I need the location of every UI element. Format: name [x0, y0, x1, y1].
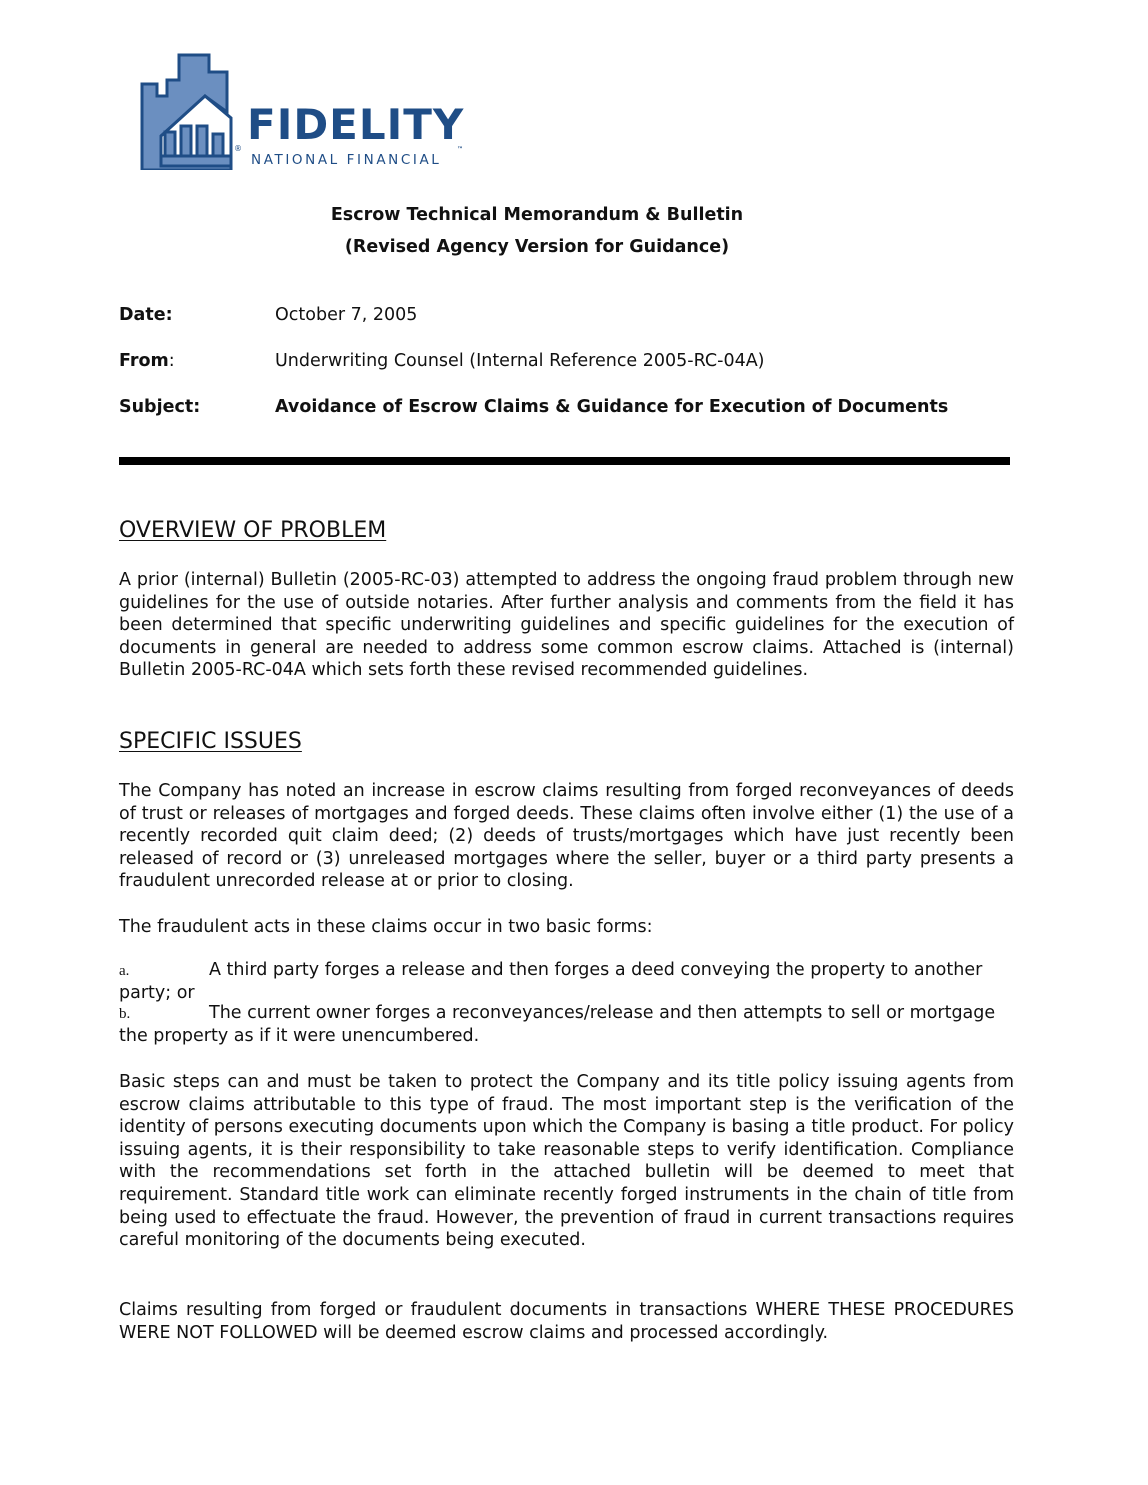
section-heading-specific-issues: SPECIFIC ISSUES [119, 731, 302, 753]
subject-label: Subject: [119, 399, 200, 417]
issues-paragraph-4: Claims resulting from forged or fraudule… [119, 1299, 1014, 1344]
issues-paragraph-1: The Company has noted an increase in esc… [119, 780, 1014, 893]
registered-mark: ® [234, 144, 242, 153]
from-label-text: From [119, 351, 169, 371]
list-marker: a. [119, 961, 209, 983]
list-item-text: The current owner forges a reconveyances… [119, 1003, 995, 1046]
section-heading-overview: OVERVIEW OF PROBLEM [119, 520, 386, 542]
list-item: a.A third party forges a release and the… [119, 960, 1014, 1004]
logo-brand-name: FIDELITY [247, 104, 464, 146]
date-value: October 7, 2005 [275, 307, 417, 325]
company-logo: ® FIDELITY NATIONAL FINANCIAL ™ [139, 52, 469, 170]
date-label: Date: [119, 307, 173, 325]
from-label-colon: : [169, 351, 175, 371]
issues-paragraph-3: Basic steps can and must be taken to pro… [119, 1071, 1014, 1252]
logo-subtitle: NATIONAL FINANCIAL [251, 154, 441, 168]
overview-paragraph: A prior (internal) Bulletin (2005-RC-03)… [119, 569, 1014, 682]
list-item-text: A third party forges a release and then … [119, 960, 982, 1003]
document-title: Escrow Technical Memorandum & Bulletin [0, 207, 1074, 225]
list-item: b.The current owner forges a reconveyanc… [119, 1003, 1014, 1047]
from-value: Underwriting Counsel (Internal Reference… [275, 353, 765, 371]
building-house-logo-icon [139, 52, 245, 170]
list-marker: b. [119, 1004, 209, 1026]
issues-paragraph-2: The fraudulent acts in these claims occu… [119, 916, 1014, 939]
subject-value: Avoidance of Escrow Claims & Guidance fo… [275, 399, 948, 417]
trademark-mark: ™ [457, 146, 463, 153]
from-label: From: [119, 353, 175, 371]
header-divider [119, 457, 1010, 465]
document-subtitle: (Revised Agency Version for Guidance) [0, 239, 1074, 257]
